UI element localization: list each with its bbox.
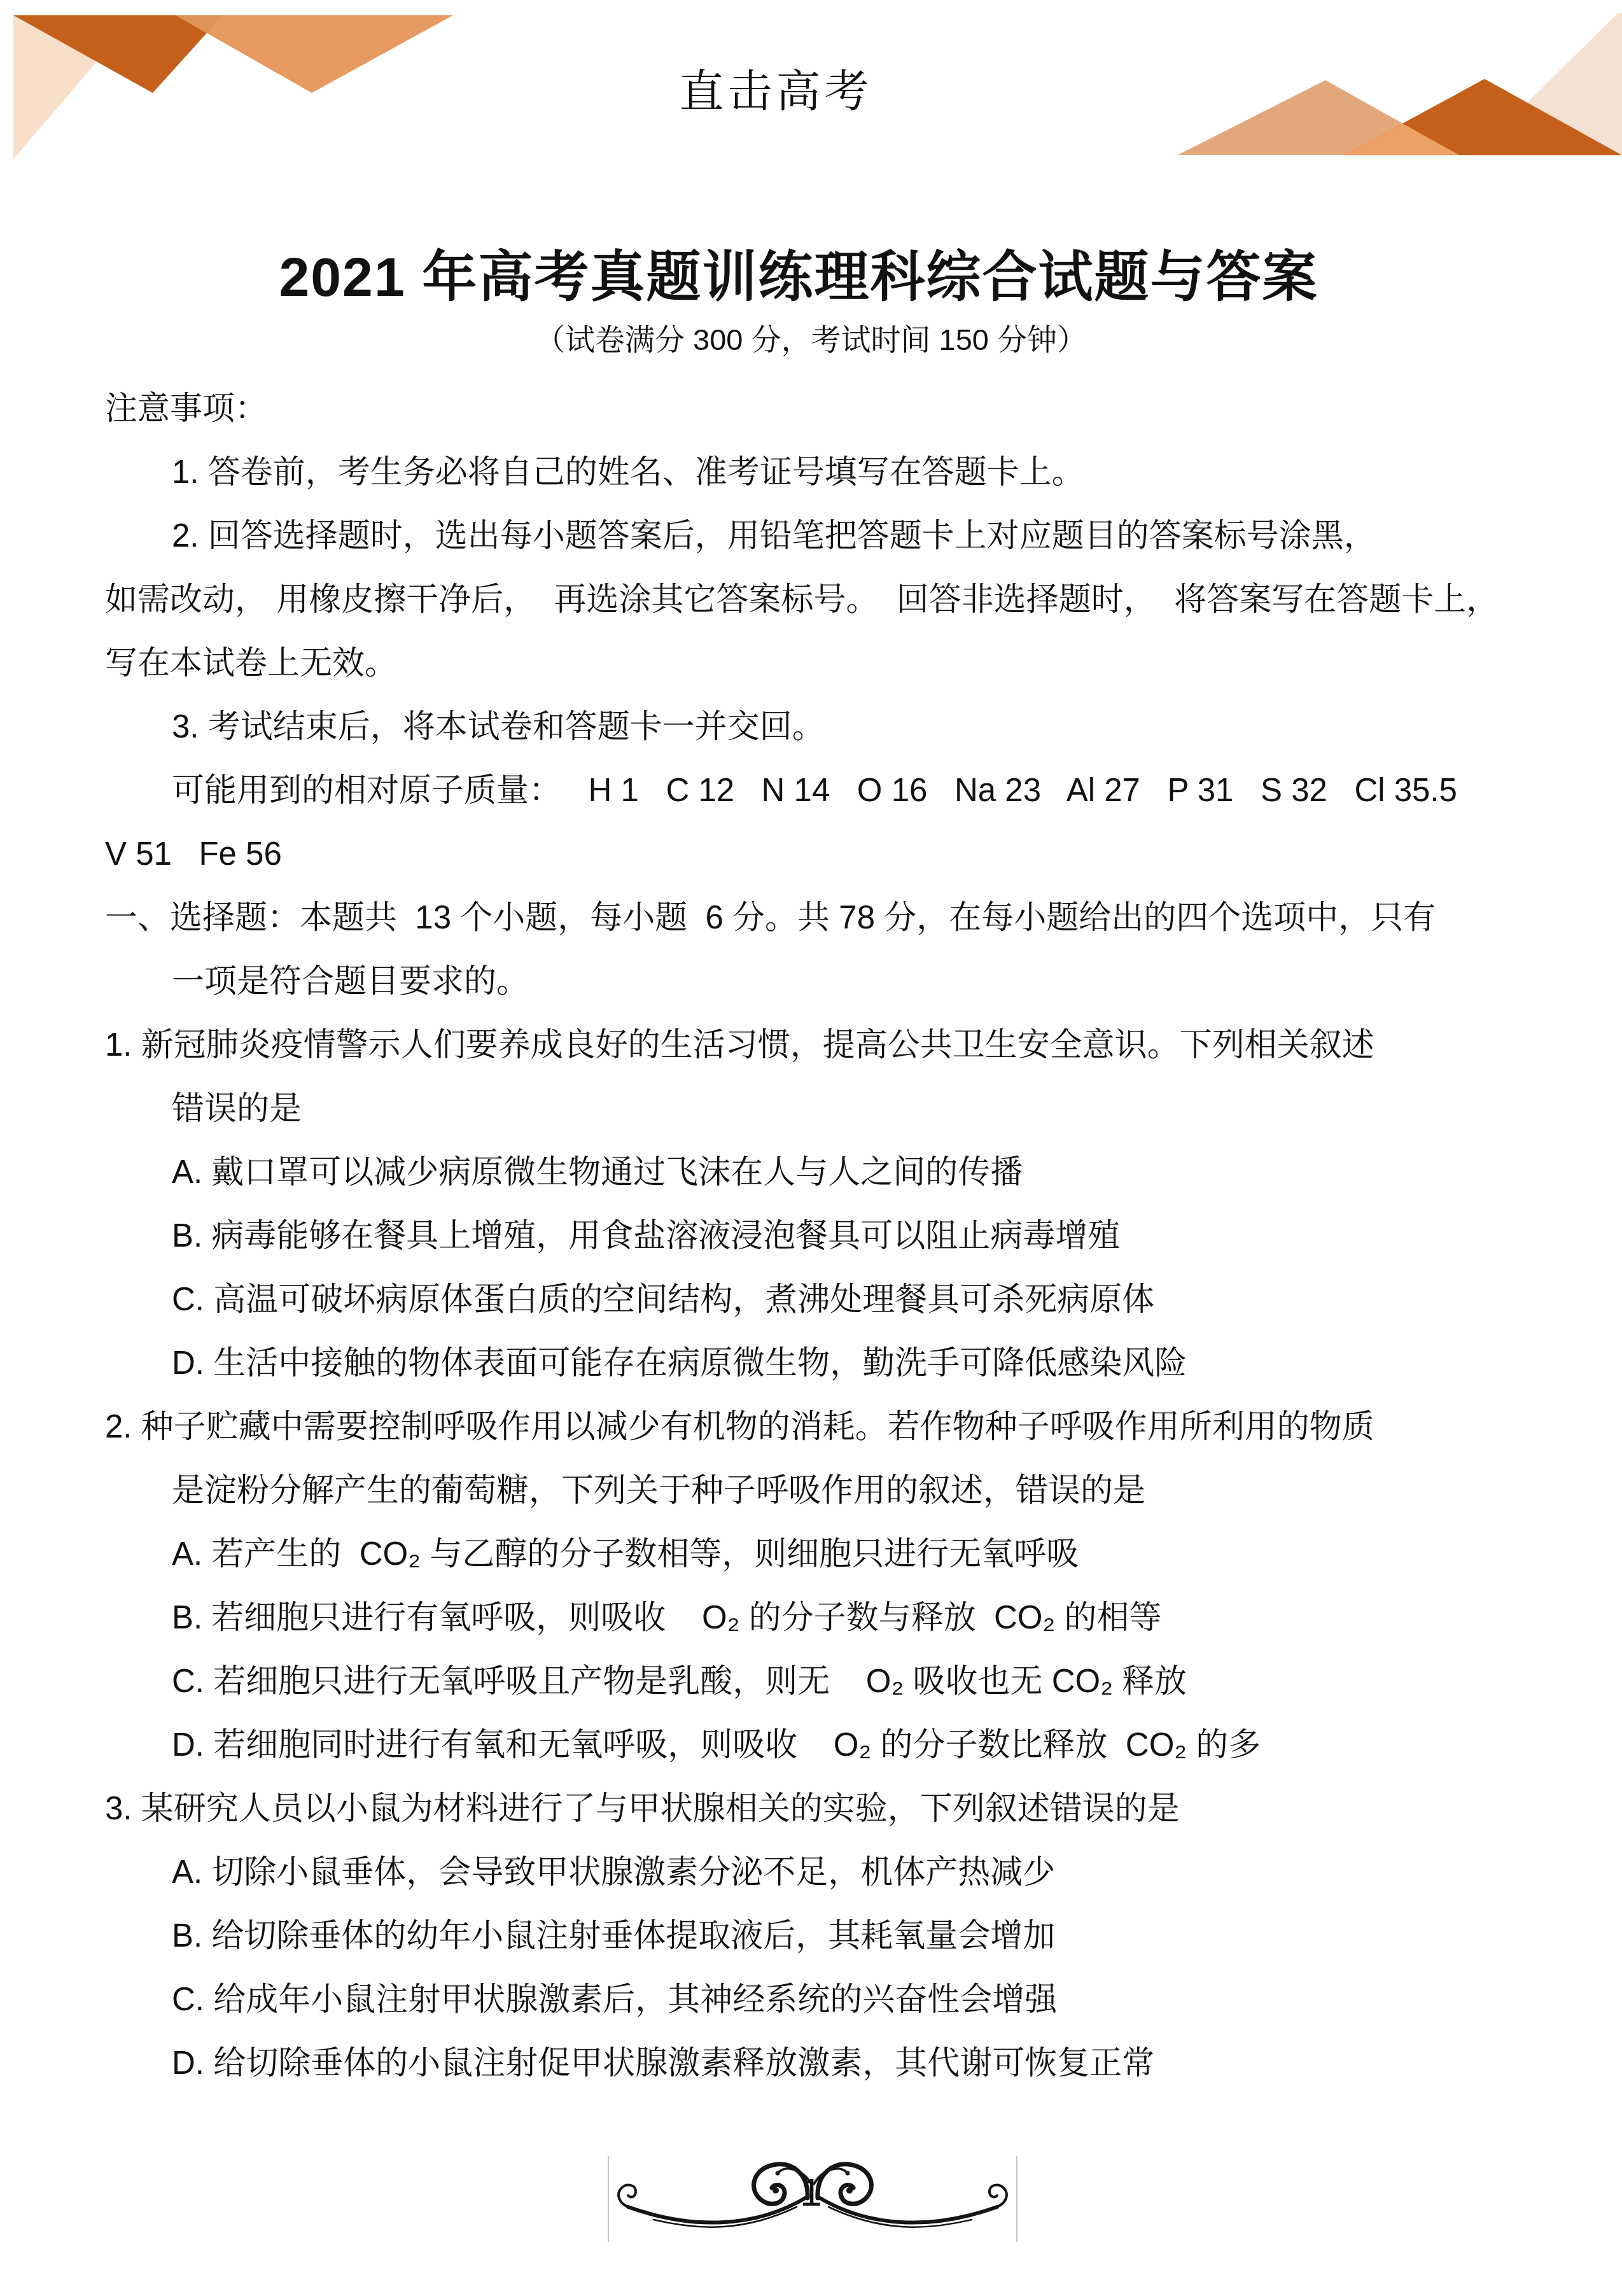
- text-line: B. 若细胞只进行有氧呼吸，则吸收 O₂ 的分子数与释放 CO₂ 的相等: [172, 1599, 1161, 1637]
- text-line: 注意事项：: [105, 389, 267, 428]
- text-line: 是淀粉分解产生的葡萄糖，下列关于种子呼吸作用的叙述，错误的是: [172, 1471, 1145, 1509]
- text-line: C. 高温可破坏病原体蛋白质的空间结构，煮沸处理餐具可杀死病原体: [172, 1280, 1154, 1319]
- brand-text: 直击高考: [680, 56, 873, 120]
- text-line: 错误的是: [172, 1089, 302, 1128]
- page-number: 1: [0, 2170, 1622, 2215]
- page-subtitle: （试卷满分 300 分，考试时间 150 分钟）: [0, 316, 1622, 359]
- text-line: C. 若细胞只进行无氧呼吸且产物是乳酸，则无 O₂ 吸收也无 CO₂ 释放: [172, 1662, 1187, 1700]
- text-line: B. 给切除垂体的幼年小鼠注射垂体提取液后，其耗氧量会增加: [172, 1917, 1055, 1955]
- text-line: 1. 答卷前，考生务必将自己的姓名、准考证号填写在答题卡上。: [172, 453, 1084, 491]
- text-line: A. 切除小鼠垂体，会导致甲状腺激素分泌不足，机体产热减少: [172, 1853, 1055, 1891]
- text-line: 1. 新冠肺炎疫情警示人们要养成良好的生活习惯，提高公共卫生安全意识。下列相关叙…: [105, 1026, 1374, 1064]
- text-line: A. 若产生的 CO₂ 与乙醇的分子数相等，则细胞只进行无氧呼吸: [172, 1535, 1079, 1573]
- text-line: B. 病毒能够在餐具上增殖，用食盐溶液浸泡餐具可以阻止病毒增殖: [172, 1217, 1120, 1255]
- text-line: D. 生活中接触的物体表面可能存在病原微生物，勤洗手可降低感染风险: [172, 1344, 1187, 1382]
- text-line: C. 给成年小鼠注射甲状腺激素后，其神经系统的兴奋性会增强: [172, 1980, 1057, 2019]
- text-line: 可能用到的相对原子质量： H 1 C 12 N 14 O 16 Na 23 Al…: [172, 771, 1457, 809]
- text-line: A. 戴口罩可以减少病原微生物通过飞沫在人与人之间的传播: [172, 1153, 1023, 1191]
- text-line: D. 若细胞同时进行有氧和无氧呼吸，则吸收 O₂ 的分子数比释放 CO₂ 的多: [172, 1726, 1261, 1764]
- page-title: 2021 年高考真题训练理科综合试题与答案: [0, 233, 1597, 312]
- triangle-left-medium: [176, 15, 453, 93]
- text-line: D. 给切除垂体的小鼠注射促甲状腺激素释放激素，其代谢可恢复正常: [172, 2044, 1154, 2082]
- text-line: 3. 某研究人员以小鼠为材料进行了与甲状腺相关的实验，下列叙述错误的是: [105, 1789, 1180, 1828]
- text-line: 写在本试卷上无效。: [105, 644, 397, 682]
- text-line: 一、选择题：本题共 13 个小题，每小题 6 分。共 78 分，在每小题给出的四…: [105, 899, 1436, 937]
- text-line: 3. 考试结束后，将本试卷和答题卡一并交回。: [172, 708, 825, 746]
- text-line: V 51 Fe 56: [105, 835, 282, 873]
- text-line: 一项是符合题目要求的。: [172, 962, 529, 1000]
- exam-document-page: 直击高考 2021 年高考真题训练理科综合试题与答案 （试卷满分 300 分，考…: [0, 0, 1622, 2296]
- text-line: 2. 回答选择题时，选出每小题答案后，用铅笔把答题卡上对应题目的答案标号涂黑，: [172, 517, 1376, 555]
- text-line: 如需改动， 用橡皮擦干净后， 再选涂其它答案标号。 回答非选择题时， 将答案写在…: [105, 580, 1499, 619]
- text-line: 2. 种子贮藏中需要控制呼吸作用以减少有机物的消耗。若作物种子呼吸作用所利用的物…: [105, 1408, 1374, 1446]
